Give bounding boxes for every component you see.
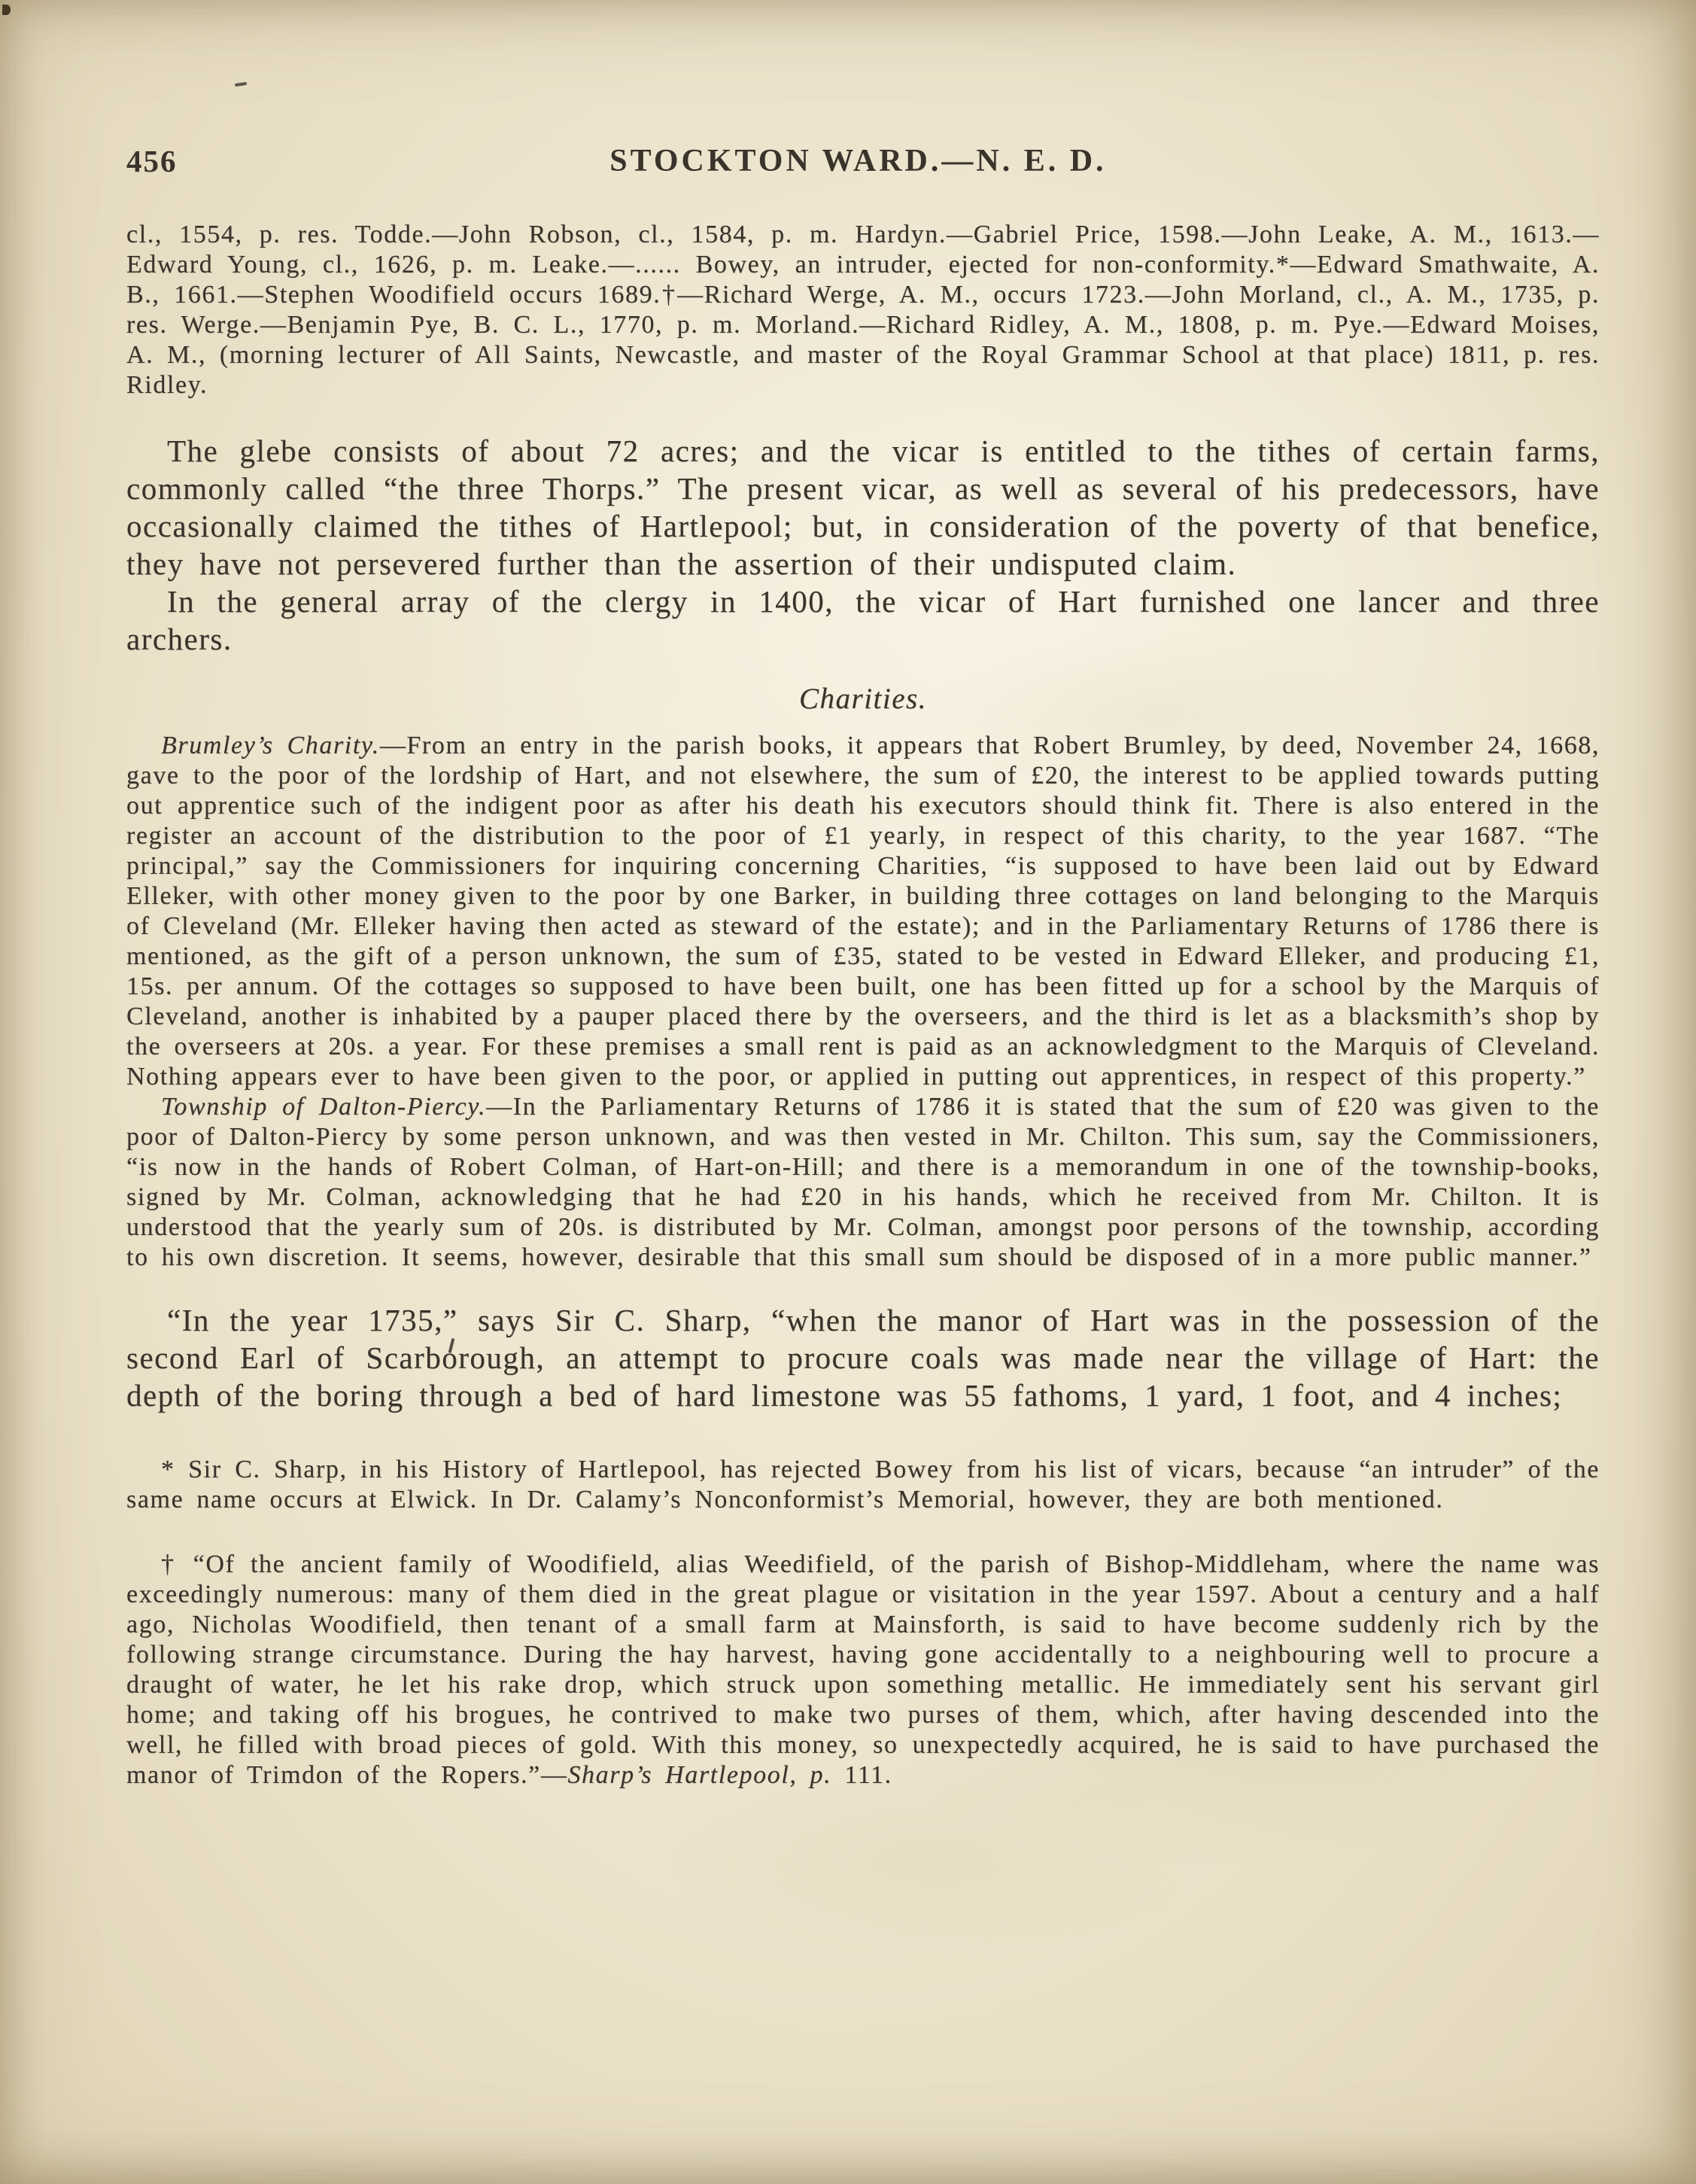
brumley-charity-text: —From an entry in the parish books, it a… [126, 732, 1600, 1090]
sharp-quote-paragraph: “In the year 1735,” says Sir C. Sharp, “… [126, 1301, 1600, 1414]
running-title: STOCKTON WARD.—N. E. D. [609, 143, 1106, 179]
glebe-paragraph: The glebe consists of about 72 acres; an… [126, 432, 1600, 583]
footnote-dagger-source: Sharp’s Hartlepool, p. [567, 1761, 831, 1789]
footnote-dagger: † “Of the ancient family of Woodifield, … [126, 1550, 1600, 1790]
footnote-dagger-text: † “Of the ancient family of Woodifield, … [126, 1550, 1600, 1789]
brumley-charity-paragraph: Brumley’s Charity.—From an entry in the … [126, 731, 1600, 1092]
running-head: 456 STOCKTON WARD.—N. E. D. [126, 143, 1600, 182]
dalton-piercy-lead: Township of Dalton-Piercy. [161, 1093, 486, 1121]
charities-heading: Charities. [126, 682, 1600, 716]
clergy-succession-paragraph: cl., 1554, p. res. Todde.—John Robson, c… [126, 220, 1600, 400]
clergy-array-paragraph: In the general array of the clergy in 14… [126, 583, 1600, 658]
ink-speck [2, 5, 11, 15]
page-content: 456 STOCKTON WARD.—N. E. D. cl., 1554, p… [126, 0, 1600, 1790]
book-page: 456 STOCKTON WARD.—N. E. D. cl., 1554, p… [0, 0, 1696, 2184]
dalton-piercy-paragraph: Township of Dalton-Piercy.—In the Parlia… [126, 1092, 1600, 1273]
footnote-asterisk: * Sir C. Sharp, in his History of Hartle… [126, 1455, 1600, 1515]
page-number: 456 [126, 144, 178, 178]
footnote-dagger-page: 111. [831, 1761, 892, 1789]
brumley-charity-lead: Brumley’s Charity. [161, 732, 380, 759]
